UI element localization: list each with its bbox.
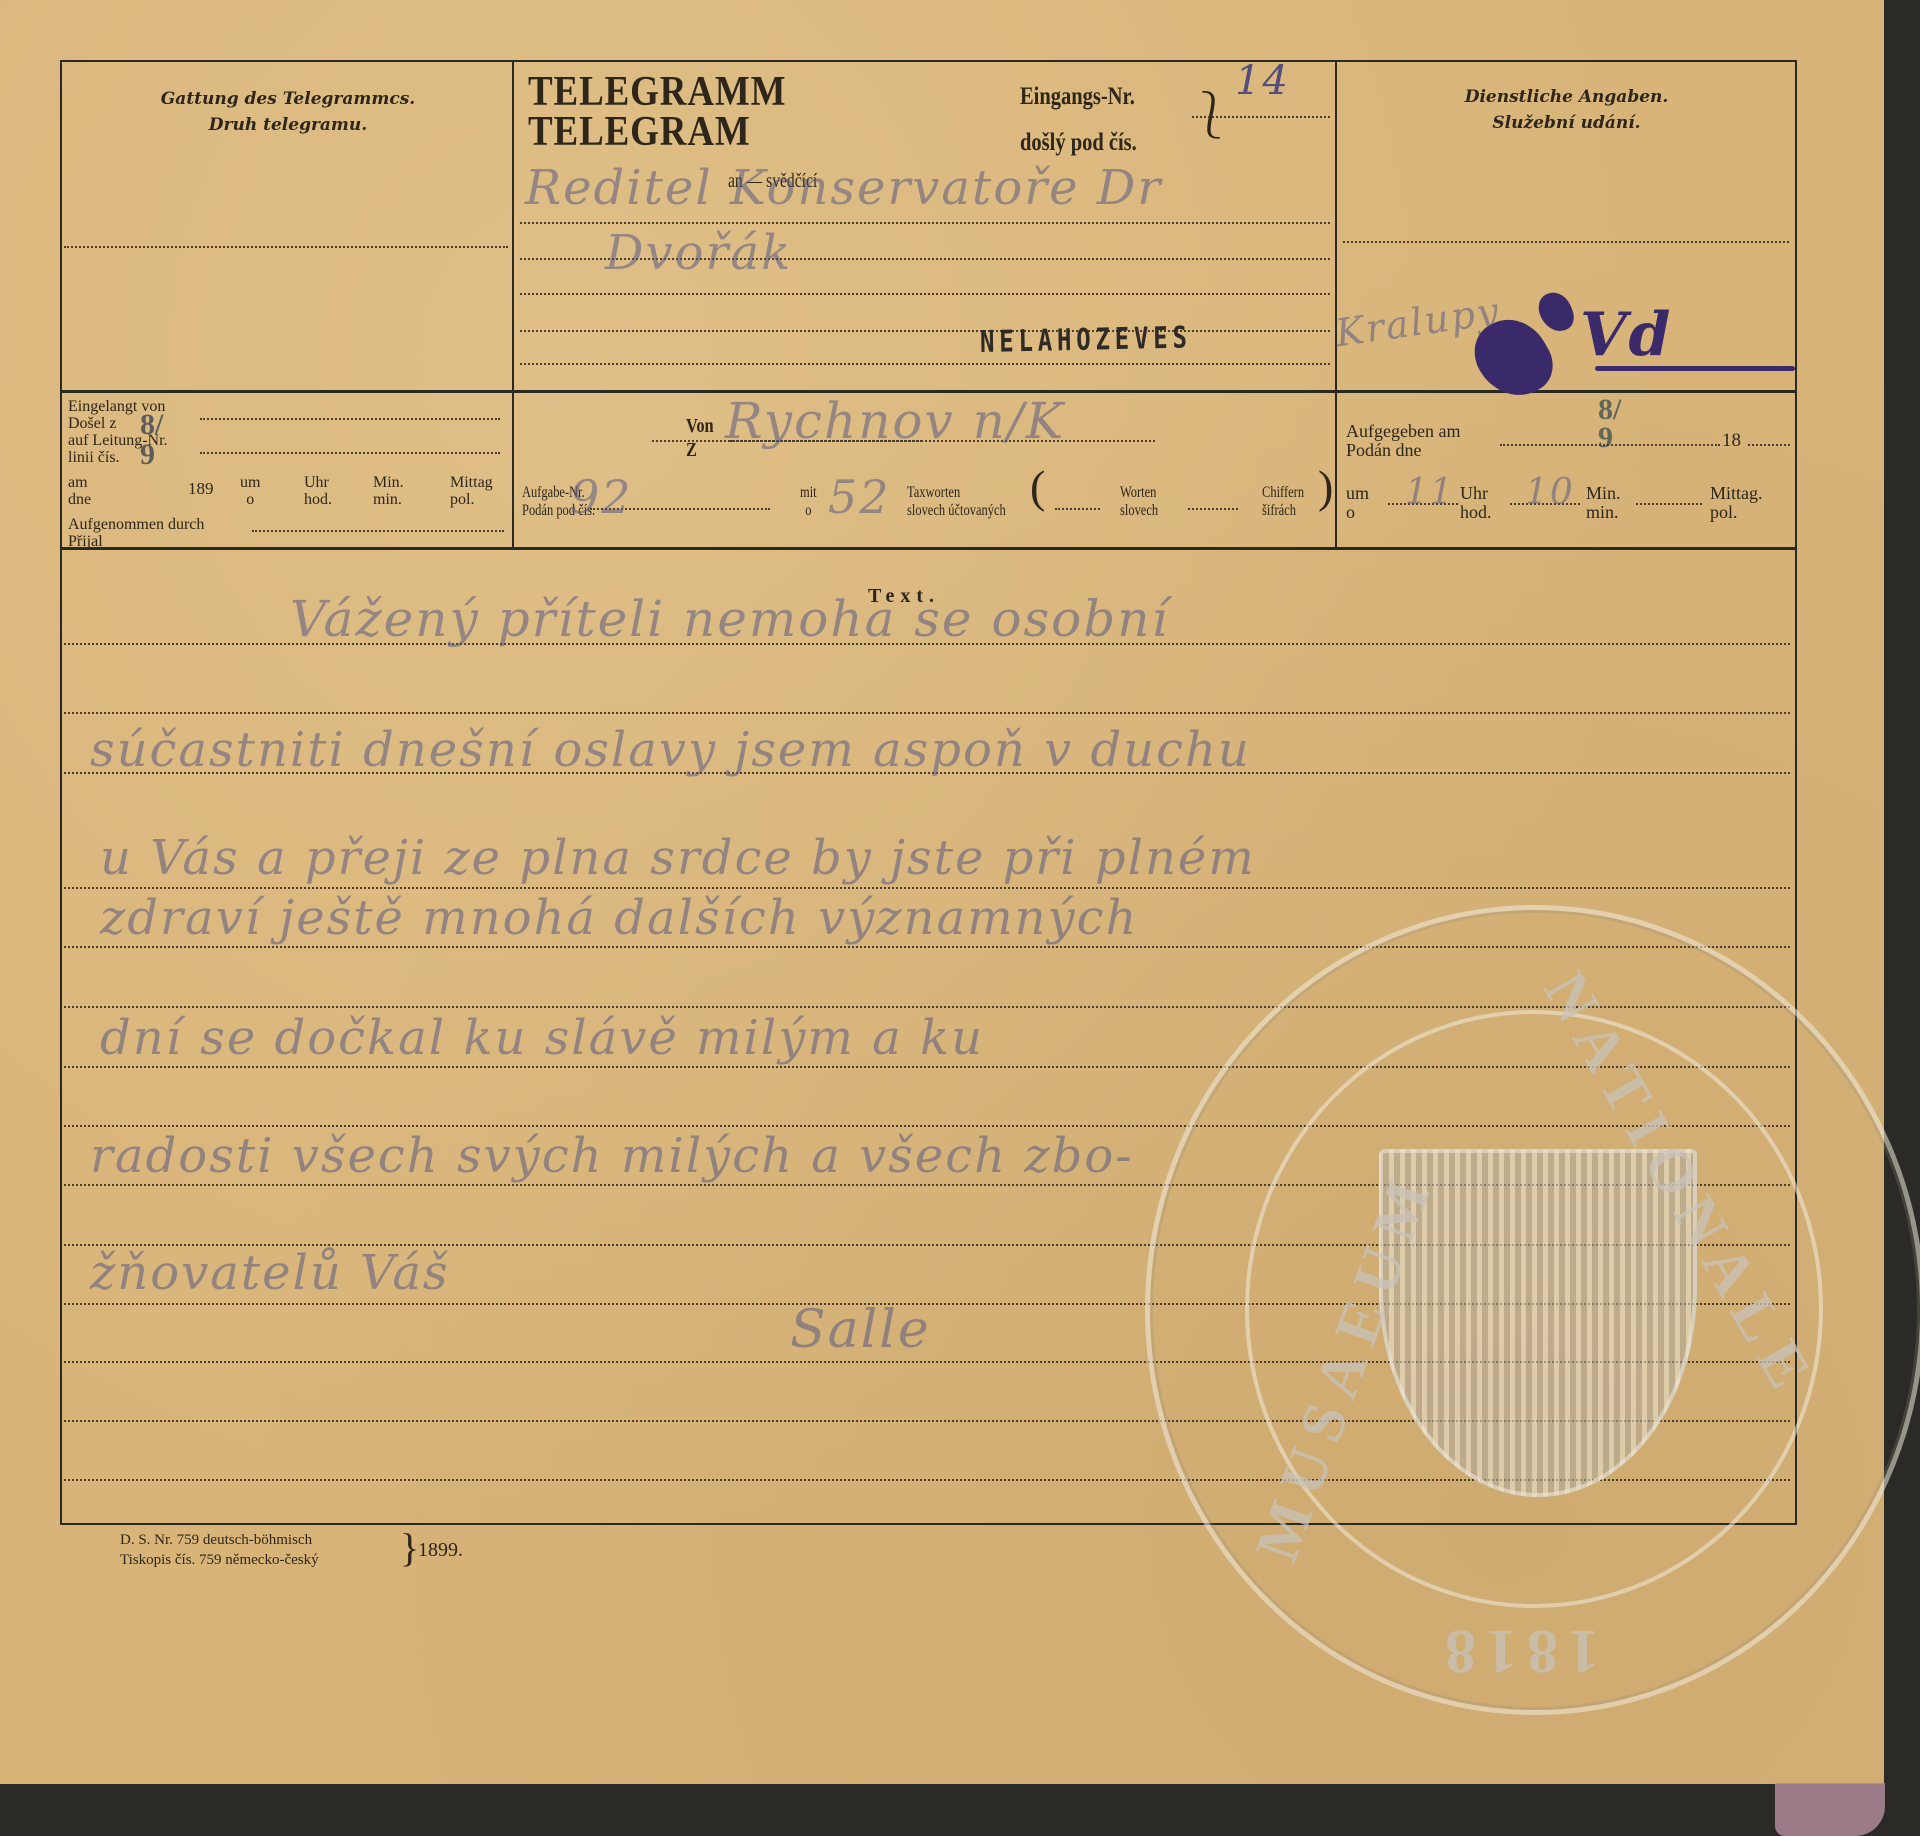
incoming-number-label: Eingangs-Nr. došlý pod čís. (1020, 74, 1137, 166)
text-ruled-line (64, 1479, 1790, 1481)
words-line (1055, 508, 1100, 510)
message-line-6: radosti všech svých milých a všech zbo- (90, 1128, 1133, 1184)
received-year-prefix: 189 (188, 480, 214, 497)
row-divider (60, 547, 1795, 550)
filing-number-value: 92 (570, 470, 633, 524)
text-ruled-line (64, 1066, 1790, 1068)
text-ruled-line (64, 1006, 1790, 1008)
submitted-hour-value: 11 (1405, 472, 1455, 513)
submitted-noon-labels: Mittag. pol. (1710, 484, 1763, 522)
received-noon-labels: Mittag pol. (450, 474, 493, 508)
origin-labels: Von Z (686, 414, 714, 462)
seal-year: 1818 (1435, 1615, 1599, 1686)
submitted-um-labels: um o (1346, 484, 1369, 522)
taken-by-label: Aufgenommen durch Přijal (68, 516, 204, 550)
taken-by-line (252, 530, 504, 532)
text-ruled-line (64, 1420, 1790, 1422)
footer-brace: } (400, 1528, 419, 1568)
column-divider (1335, 60, 1337, 548)
line-number-line (200, 452, 500, 454)
type-dotted-line (64, 246, 508, 248)
message-line-4: zdraví ještě mnohá dalších významných (100, 890, 1138, 946)
service-info-label: Dienstliche Angaben. Služební udání. (1340, 84, 1793, 136)
text-ruled-line (64, 1361, 1790, 1363)
text-ruled-line (64, 1125, 1790, 1127)
text-ruled-line (64, 946, 1790, 948)
message-line-1: Vážený příteli nemoha se osobní (290, 590, 1169, 648)
paren-close: ) (1318, 478, 1333, 495)
received-hour-labels: Uhr hod. (304, 474, 332, 508)
received-from-line (200, 418, 500, 420)
submitted-minute-labels: Min. min. (1586, 484, 1621, 522)
addressee-line-1: Reditel Konservatoře Dr (525, 160, 1162, 216)
place-stamp: NELAHOZEVES (980, 320, 1192, 360)
taxwords-label: Taxworten slovech účtovaných (907, 484, 1006, 520)
incoming-number-value: 14 (1235, 58, 1290, 104)
addressee-line (520, 222, 1330, 224)
incoming-number-line (1192, 116, 1330, 118)
addressee-line (520, 293, 1330, 295)
submitted-date-value: 8/9 (1598, 396, 1618, 452)
received-um-labels: um o (240, 474, 260, 508)
received-minute-labels: Min. min. (373, 474, 404, 508)
service-dotted-line (1343, 241, 1789, 243)
column-divider (512, 60, 514, 548)
addressee-line (520, 363, 1330, 365)
addressee-line (520, 330, 1330, 332)
cipher-line (1188, 508, 1238, 510)
received-date-stamp: 8/9 (140, 410, 160, 470)
paren-open: ( (1030, 478, 1045, 495)
footer-year: 1899. (418, 1542, 463, 1559)
ink-signature: Vd (1580, 300, 1673, 370)
message-line-7: žňovatelů Váš (90, 1245, 450, 1301)
submitted-minute-value: 10 (1525, 472, 1575, 513)
message-line-3: u Vás a přeji ze plna srdce by jste při … (100, 830, 1256, 886)
text-ruled-line (64, 887, 1790, 889)
message-signature: Salle (790, 1300, 931, 1360)
word-count-value: 52 (828, 470, 891, 524)
message-line-2: súčastniti dnešní oslavy jsem aspoň v du… (90, 722, 1251, 778)
words-label: Worten slovech (1120, 484, 1158, 520)
form-footer: D. S. Nr. 759 deutsch-böhmisch Tiskopis … (120, 1530, 319, 1570)
submitted-label: Aufgegeben am Podán dne (1346, 422, 1460, 460)
telegram-paper: Gattung des Telegrammcs. Druh telegramu.… (0, 0, 1884, 1784)
telegram-type-label: Gattung des Telegrammcs. Druh telegramu. (64, 86, 512, 138)
text-ruled-line (64, 1184, 1790, 1186)
signature-underline (1595, 366, 1795, 371)
mit-labels: mit o (800, 484, 817, 520)
paper-tear (1775, 1783, 1885, 1836)
origin-value: Rychnov n/K (725, 392, 1065, 450)
submitted-hour-labels: Uhr hod. (1460, 484, 1492, 522)
submitted-noon-line (1636, 503, 1702, 505)
submitted-year-prefix: 18 (1722, 432, 1741, 449)
addressee-line-2: Dvořák (605, 225, 792, 281)
received-date-labels: am dne (68, 474, 91, 508)
submitted-year-line (1748, 444, 1790, 446)
message-line-5: dní se dočkal ku slávě milým a ku (100, 1010, 984, 1066)
text-ruled-line (64, 712, 1790, 714)
cipher-label: Chiffern šifrách (1262, 484, 1304, 520)
telegram-title: TELEGRAMM TELEGRAM (528, 72, 786, 152)
